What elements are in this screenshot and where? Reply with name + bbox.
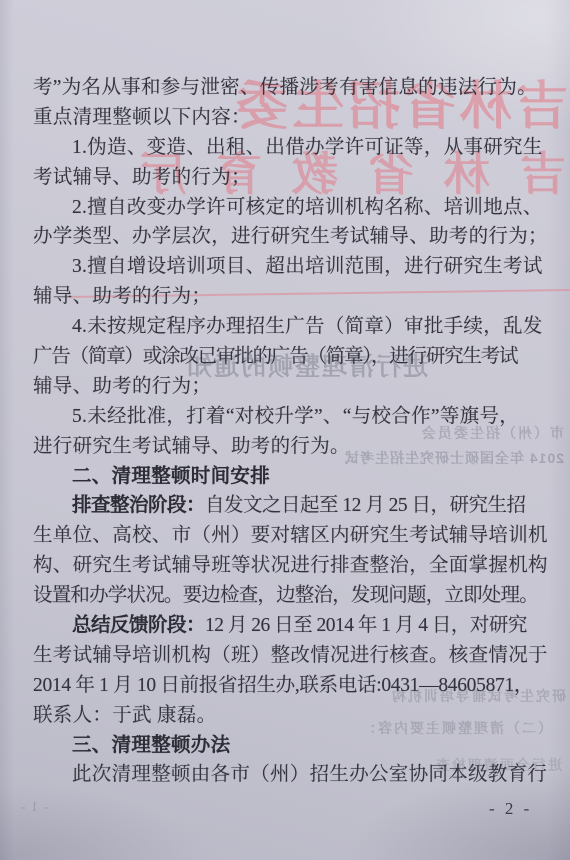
text-line: 考试辅导、助考的行为；: [33, 163, 548, 193]
text-line: 1.伪造、变造、出租、出借办学许可证等，从事研究生: [33, 133, 548, 163]
text-segment: 此次清理整顿由各市（州）招生办公室协同本级教育行: [72, 764, 547, 785]
text-segment: 12 月 26 日至 2014 年 1 月 4 日，对研究: [205, 615, 527, 636]
text-line: 排查整治阶段：自发文之日起至 12 月 25 日，研究生招: [33, 491, 548, 521]
text-line: 3.擅自增设培训项目、超出培训范围，进行研究生考试: [33, 252, 548, 282]
text-line: 辅导、助考的行为；: [33, 372, 548, 402]
text-segment: 联系人：于武 康磊。: [33, 705, 216, 726]
text-line: 联系人：于武 康磊。: [33, 701, 548, 731]
text-line: 总结反馈阶段：12 月 26 日至 2014 年 1 月 4 日，对研究: [33, 611, 548, 641]
text-segment: 重点清理整顿以下内容：: [33, 107, 251, 128]
text-line: 重点清理整顿以下内容：: [33, 103, 548, 133]
text-line: 2014 年 1 月 10 日前报省招生办,联系电话:0431—84605871…: [33, 671, 548, 701]
bold-text-segment: 三、清理整顿办法: [72, 734, 230, 756]
text-segment: 生考试辅导培训机构（班）整改情况进行核查。核查情况于: [33, 645, 548, 666]
text-line: 办学类型、办学层次，进行研究生考试辅导、助考的行为；: [33, 222, 548, 252]
bold-text-segment: 总结反馈阶段：: [72, 614, 205, 636]
text-line: 设置和办学状况。要边检查，边整治，发现问题，立即处理。: [33, 581, 548, 611]
text-segment: 2.擅自改变办学许可核定的培训机构名称、培训地点、: [72, 197, 543, 218]
text-segment: 3.擅自增设培训项目、超出培训范围，进行研究生考试: [72, 256, 543, 277]
text-line: 生单位、高校、市（州）要对辖区内研究生考试辅导培训机: [33, 521, 548, 551]
text-segment: 生单位、高校、市（州）要对辖区内研究生考试辅导培训机: [33, 525, 548, 546]
text-segment: 设置和办学状况。要边检查，边整治，发现问题，立即处理。: [33, 585, 538, 606]
text-segment: 构、研究生考试辅导班等状况进行排查整治，全面掌握机构: [33, 555, 548, 576]
text-segment: 广告（简章）或涂改已审批的广告（简章），进行研究生考试: [33, 346, 517, 367]
text-line: 4.未按规定程序办理招生广告（简章）审批手续，乱发: [33, 312, 548, 342]
page-number: - 2 -: [489, 799, 532, 819]
text-segment: 5.未经批准，打着“对校升学”、“与校合作”等旗号，: [72, 406, 519, 427]
text-line: 二、清理整顿时间安排: [33, 462, 548, 492]
text-segment: 辅导、助考的行为；: [33, 376, 211, 397]
text-line: 广告（简章）或涂改已审批的广告（简章），进行研究生考试: [33, 342, 548, 372]
bold-text-segment: 二、清理整顿时间安排: [72, 465, 270, 487]
bleedthrough-text: - 1 -: [20, 800, 48, 816]
text-line: 2.擅自改变办学许可核定的培训机构名称、培训地点、: [33, 193, 548, 223]
text-line: 构、研究生考试辅导班等状况进行排查整治，全面掌握机构: [33, 551, 548, 581]
text-line: 进行研究生考试辅导、助考的行为。: [33, 432, 548, 462]
document-text: 考”为名从事和参与泄密、传播涉考有害信息的违法行为。重点清理整顿以下内容：1.伪…: [33, 73, 548, 790]
text-segment: 辅导、助考的行为；: [33, 286, 211, 307]
text-segment: 办学类型、办学层次，进行研究生考试辅导、助考的行为；: [33, 226, 548, 247]
text-segment: 进行研究生考试辅导、助考的行为。: [33, 436, 350, 457]
text-segment: 1.伪造、变造、出租、出借办学许可证等，从事研究生: [72, 137, 543, 158]
document-page: 吉林省招生委吉林省教育厅进行清理整顿的通知市（州）招生委员会2014 年全国硕士…: [0, 0, 570, 860]
text-line: 三、清理整顿办法: [33, 731, 548, 761]
text-segment: 自发文之日起至 12 月 25 日，研究生招: [205, 495, 526, 516]
text-segment: 考试辅导、助考的行为；: [33, 167, 251, 188]
text-segment: 考”为名从事和参与泄密、传播涉考有害信息的违法行为。: [33, 77, 537, 98]
text-line: 生考试辅导培训机构（班）整改情况进行核查。核查情况于: [33, 641, 548, 671]
text-line: 考”为名从事和参与泄密、传播涉考有害信息的违法行为。: [33, 73, 548, 103]
text-segment: 2014 年 1 月 10 日前报省招生办,联系电话:0431—84605871…: [33, 675, 533, 696]
text-line: 此次清理整顿由各市（州）招生办公室协同本级教育行: [33, 760, 548, 790]
text-segment: 4.未按规定程序办理招生广告（简章）审批手续，乱发: [72, 316, 543, 337]
text-line: 5.未经批准，打着“对校升学”、“与校合作”等旗号，: [33, 402, 548, 432]
text-line: 辅导、助考的行为；: [33, 282, 548, 312]
bold-text-segment: 排查整治阶段：: [72, 494, 205, 516]
